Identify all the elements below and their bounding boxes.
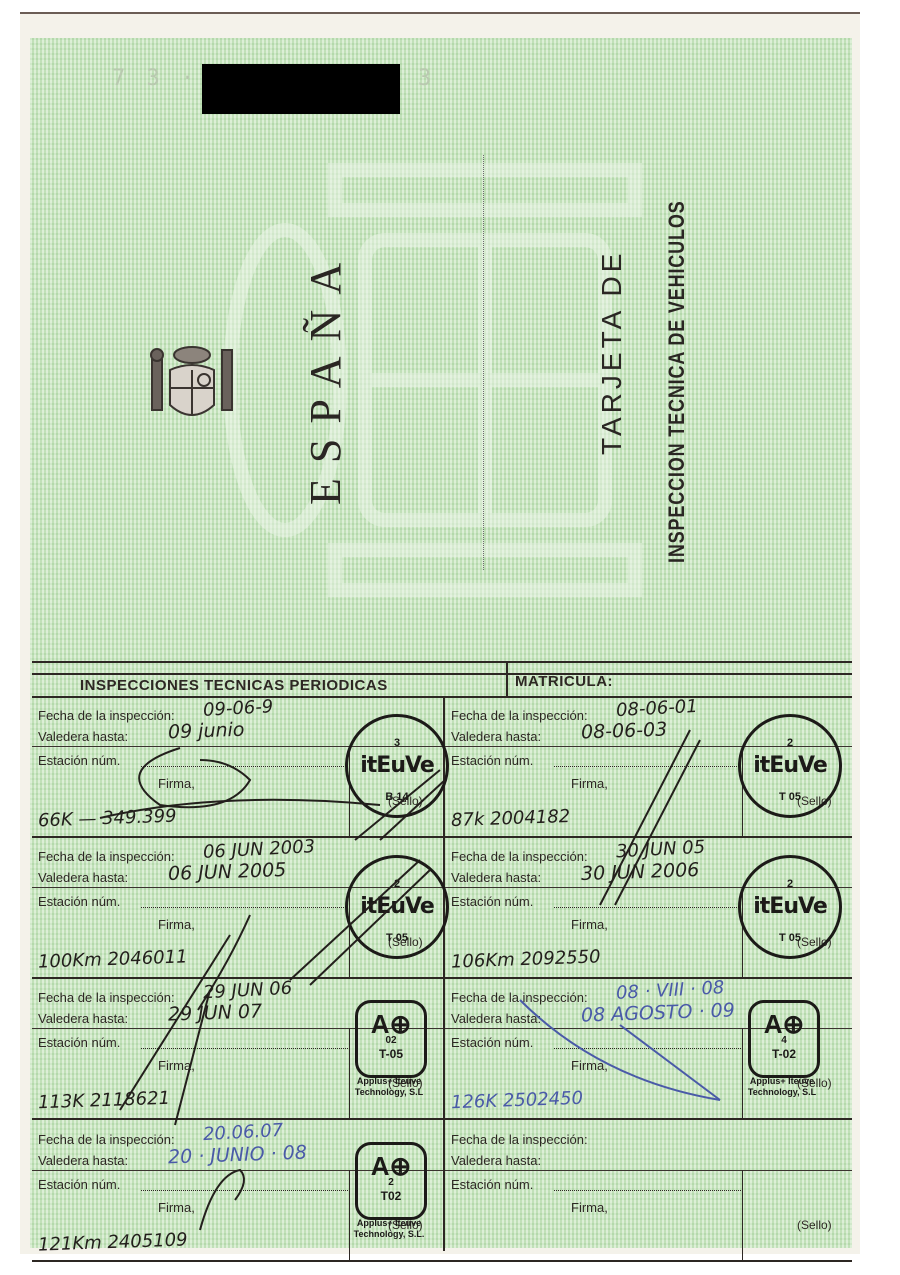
seal-divider [742,1028,743,1118]
stamp-code: T 05 [348,932,446,944]
handwritten-valid-until: 06 JUN 2005 [168,859,287,885]
itv-station-stamp: 2itEuVeT 05 [345,855,449,959]
stamp-station-number: 2 [348,878,446,890]
label-station-number: Estación núm. [38,1177,120,1192]
stamp-code: T02 [358,1189,424,1203]
label-station-number: Estación núm. [451,894,533,909]
label-signature: Firma, [571,776,608,791]
label-signature: Firma, [158,1058,195,1073]
cover-title-line2: INSPECCION TECNICA DE VEHICULOS [664,200,690,563]
label-valid-until: Valedera hasta: [451,1153,541,1168]
label-inspection-date: Fecha de la inspección: [38,1132,175,1147]
stamp-station-number: 2 [358,1177,424,1188]
handwritten-valid-until: 08-06-03 [581,719,668,744]
label-inspection-date: Fecha de la inspección: [451,990,588,1005]
stamp-code: B 14 [348,791,446,803]
stamp-code: T-02 [751,1047,817,1061]
row-rule [32,836,852,838]
applus-company-name: Applus+ Iteuve Technology, S.L [347,1076,431,1098]
handwritten-inspection-date: 20.06.07 [203,1120,284,1145]
label-signature: Firma, [158,776,195,791]
row-rule [32,1118,852,1120]
redacted-card-number [202,64,400,114]
handwritten-valid-until: 30 JUN 2006 [581,859,700,885]
station-number-field[interactable] [141,1048,348,1049]
label-valid-until: Valedera hasta: [38,729,128,744]
label-signature: Firma, [158,917,195,932]
station-number-field[interactable] [141,907,348,908]
applus-company-name: Applus+ Iteuve Technology, S.L [740,1076,824,1098]
perforated-number-left: 7 3 · [112,66,198,91]
label-inspection-date: Fecha de la inspección: [451,849,588,864]
table-rule [32,673,852,675]
stamp-brand-logo: itEuVe [741,753,839,778]
label-valid-until: Valedera hasta: [451,870,541,885]
periodic-inspections-heading: INSPECCIONES TECNICAS PERIODICAS [80,677,388,694]
label-valid-until: Valedera hasta: [451,1011,541,1026]
itv-station-stamp: 2itEuVeT 05 [738,855,842,959]
label-signature: Firma, [158,1200,195,1215]
label-valid-until: Valedera hasta: [38,870,128,885]
stamp-station-number: 02 [358,1035,424,1046]
label-valid-until: Valedera hasta: [451,729,541,744]
stamp-brand-logo: itEuVe [741,894,839,919]
station-number-field[interactable] [554,1048,741,1049]
applus-stamp: A⊕2T02 [355,1142,427,1220]
handwritten-valid-until: 09 junio [168,719,245,744]
station-number-field[interactable] [554,907,741,908]
stamp-code: T-05 [358,1047,424,1061]
handwritten-inspection-date: 08-06-01 [616,696,699,721]
plate-label: MATRICULA: [515,673,613,690]
station-number-field[interactable] [554,766,741,767]
applus-stamp: A⊕4T-02 [748,1000,820,1078]
applus-stamp: A⊕02T-05 [355,1000,427,1078]
cover-title-line1: TARJETA DE [596,250,628,455]
cell-rule [445,1170,852,1171]
seal-divider [742,1170,743,1260]
handwritten-inspection-date: 09-06-9 [202,696,273,721]
label-station-number: Estación núm. [451,753,533,768]
row-rule [32,1260,852,1262]
applus-company-name: Applus+ Iteuve Technology, S.L. [347,1218,431,1240]
label-valid-until: Valedera hasta: [38,1153,128,1168]
label-valid-until: Valedera hasta: [38,1011,128,1026]
station-number-field[interactable] [141,1190,348,1191]
stamp-code: T 05 [741,791,839,803]
label-seal: (Sello) [797,1218,832,1232]
label-station-number: Estación núm. [38,894,120,909]
stamp-station-number: 3 [348,737,446,749]
fold-line [483,155,484,570]
header-divider [506,663,508,696]
table-top-rule [32,661,852,663]
label-inspection-date: Fecha de la inspección: [38,849,175,864]
station-number-field[interactable] [554,1190,741,1191]
stamp-brand-logo: itEuVe [348,894,446,919]
stamp-code: T 05 [741,932,839,944]
handwritten-valid-until: 29 JUN 07 [168,1000,263,1025]
table-rule [32,696,852,698]
handwritten-mileage: 87k 2004182 [451,806,571,831]
stamp-brand-logo: itEuVe [348,753,446,778]
seal-divider [349,1170,350,1260]
label-inspection-date: Fecha de la inspección: [38,990,175,1005]
stamp-station-number: 2 [741,878,839,890]
label-station-number: Estación núm. [451,1035,533,1050]
stamp-station-number: 2 [741,737,839,749]
coat-of-arms-icon [142,330,242,430]
label-signature: Firma, [571,1058,608,1073]
label-signature: Firma, [571,1200,608,1215]
stamp-station-number: 4 [751,1035,817,1046]
label-inspection-date: Fecha de la inspección: [38,708,175,723]
label-inspection-date: Fecha de la inspección: [451,1132,588,1147]
itv-station-stamp: 3itEuVeB 14 [345,714,449,818]
label-station-number: Estación núm. [38,753,120,768]
perforated-number-right: 3 [418,66,435,91]
row-rule [32,977,852,979]
cover-country: ESPAÑA [300,205,351,505]
label-station-number: Estación núm. [451,1177,533,1192]
station-number-field[interactable] [141,766,348,767]
label-station-number: Estación núm. [38,1035,120,1050]
label-signature: Firma, [571,917,608,932]
seal-divider [349,1028,350,1118]
label-inspection-date: Fecha de la inspección: [451,708,588,723]
itv-station-stamp: 2itEuVeT 05 [738,714,842,818]
